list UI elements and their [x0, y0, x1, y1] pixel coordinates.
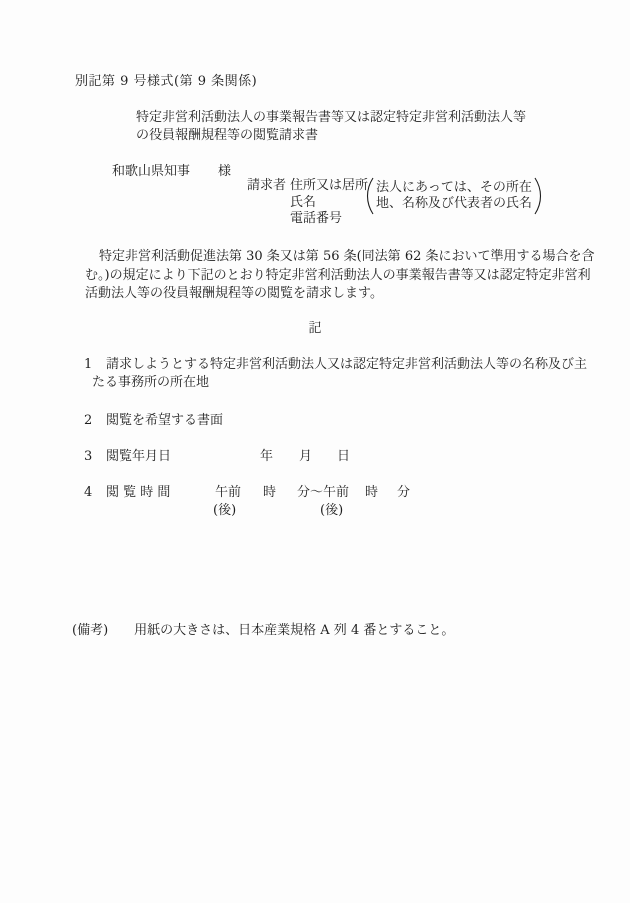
- item-4-row: 4 閲 覧 時 間 午前 時 分～午前 時 分: [0, 484, 630, 502]
- remark-label: (備考): [72, 623, 108, 638]
- addressee: 和歌山県知事様: [112, 163, 231, 181]
- item-4-pm-alt-end: (後): [320, 502, 343, 520]
- item-3-day-unit: 日: [337, 448, 350, 466]
- item-1-number: 1: [84, 356, 92, 374]
- requester-field-name: 氏名: [290, 195, 368, 212]
- requester-label: 請求者: [247, 178, 286, 195]
- form-number: 別記第 9 号様式(第 9 条関係): [75, 73, 257, 91]
- item-4-minute-to-am-label: 分～午前: [297, 484, 349, 502]
- paren-open-icon: [366, 177, 374, 215]
- item-3-row: 3 閲覧年月日 年 月 日: [0, 448, 630, 466]
- item-1-row: 1 請求しようとする特定非営利活動法人又は認定特定非営利活動法人等の名称及び主: [0, 356, 630, 374]
- item-4-number: 4: [84, 484, 92, 502]
- document-title-line2: の役員報酬規程等の閲覧請求書: [136, 127, 526, 145]
- list-header: 記: [0, 320, 630, 338]
- document-title: 特定非営利活動法人の事業報告書等又は認定特定非営利活動法人等 の役員報酬規程等の…: [136, 109, 526, 145]
- requester-note-line1: 法人にあっては、その所在: [376, 180, 532, 197]
- item-2-text: 閲覧を希望する書面: [106, 412, 223, 430]
- document-title-line1: 特定非営利活動法人の事業報告書等又は認定特定非営利活動法人等: [136, 109, 526, 127]
- item-2-number: 2: [84, 412, 92, 430]
- body-paragraph-line1: 特定非営利活動促進法第 30 条又は第 56 条(同法第 62 条において準用す…: [85, 248, 595, 267]
- item-4-label: 閲 覧 時 間: [106, 484, 170, 502]
- item-4-hour-unit-start: 時: [263, 484, 276, 502]
- item-1-text-continuation: たる事務所の所在地: [92, 374, 209, 392]
- item-3-month-unit: 月: [299, 448, 312, 466]
- item-3-label: 閲覧年月日: [106, 448, 171, 466]
- item-1-text: 請求しようとする特定非営利活動法人又は認定特定非営利活動法人等の名称及び主: [106, 356, 587, 374]
- item-1-row-continuation: たる事務所の所在地: [0, 374, 630, 392]
- requester-note-line2: 地、名称及び代表者の氏名: [376, 196, 532, 213]
- addressee-honorific: 様: [218, 164, 231, 179]
- requester-note: 法人にあっては、その所在 地、名称及び代表者の氏名: [366, 177, 542, 215]
- requester-field-address: 住所又は居所: [290, 178, 368, 195]
- item-3-year-unit: 年: [260, 448, 273, 466]
- requester-note-text: 法人にあっては、その所在 地、名称及び代表者の氏名: [374, 180, 534, 213]
- item-4-pm-alt-start: (後): [213, 502, 236, 520]
- paren-close-icon: [534, 177, 542, 215]
- requester-fields: 住所又は居所 氏名 電話番号: [290, 178, 368, 228]
- addressee-name: 和歌山県知事: [112, 164, 190, 179]
- item-3-number: 3: [84, 448, 92, 466]
- body-paragraph-line3: 活動法人等の役員報酬規程等の閲覧を請求します。: [85, 285, 595, 304]
- item-4-minute-unit-end: 分: [397, 484, 410, 502]
- item-4-am-label-start: 午前: [215, 484, 241, 502]
- remark-text: 用紙の大きさは、日本産業規格 A 列 4 番とすること。: [134, 623, 454, 638]
- document-page: 別記第 9 号様式(第 9 条関係) 特定非営利活動法人の事業報告書等又は認定特…: [0, 0, 630, 903]
- remark: (備考)用紙の大きさは、日本産業規格 A 列 4 番とすること。: [72, 622, 454, 640]
- item-2-row: 2 閲覧を希望する書面: [0, 412, 630, 430]
- requester-field-phone: 電話番号: [290, 211, 368, 228]
- item-4-row-continuation: (後) (後): [0, 502, 630, 520]
- item-4-hour-unit-end: 時: [365, 484, 378, 502]
- body-paragraph: 特定非営利活動促進法第 30 条又は第 56 条(同法第 62 条において準用す…: [85, 248, 595, 304]
- body-paragraph-line2: む。)の規定により下記のとおり特定非営利活動法人の事業報告書等又は認定特定非営利: [85, 267, 595, 286]
